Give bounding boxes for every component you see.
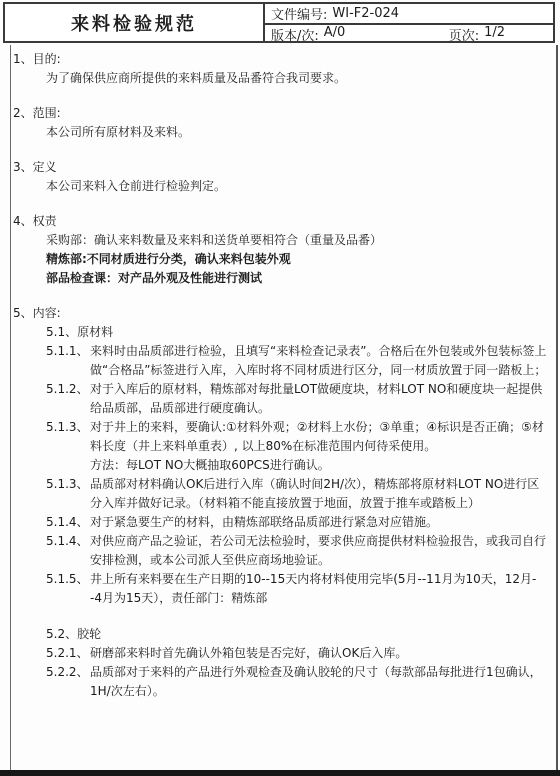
version-field: 版本/次: A/0 (271, 25, 345, 44)
list-item: 5.1.3、 品质部对材料确认OK后进行入库（确认时间2H/次），精炼部将原材料… (13, 475, 547, 513)
item-number: 5.1.5、 (46, 570, 90, 608)
header-meta: 文件编号: WI-F2-024 版本/次: A/0 页次: 1/2 (265, 4, 553, 41)
section-text: 本公司来料入仓前进行检验判定。 (13, 177, 547, 196)
list-item: 5.1.4、 对供应商产品之验证，若公司无法检验时，要求供应商提供材料检验报告，… (13, 532, 547, 570)
right-border-line (556, 45, 558, 770)
item-number: 5.1.2、 (46, 380, 90, 418)
section-content: 5、内容: 5.1、原材料 5.1.1、 来料时由品质部进行检验，且填写“来料检… (13, 304, 547, 701)
item-text: 品质部对材料确认OK后进行入库（确认时间2H/次），精炼部将原材料LOT NO进… (90, 475, 547, 513)
item-number: 5.2.2、 (46, 663, 90, 701)
page-title: 来料检验规范 (5, 4, 265, 41)
document-page: 来料检验规范 文件编号: WI-F2-024 版本/次: A/0 页次: 1/2… (0, 0, 560, 776)
item-text: 对于井上的来料，要确认:①材料外观；②材料上水份；③单重；④标识是否正确；⑤材料… (90, 418, 547, 456)
section-heading: 4、权责 (13, 212, 547, 231)
spacer (13, 608, 547, 625)
item-text: 来料时由品质部进行检验，且填写“来料检查记录表”。合格后在外包装或外包装标签上做… (90, 342, 547, 380)
section-text: 本公司所有原材料及来料。 (13, 123, 547, 142)
document-body: 1、目的: 为了确保供应商所提供的来料质量及品番符合我司要求。 2、范围: 本公… (13, 50, 547, 717)
item-number: 5.2.1、 (46, 644, 90, 663)
version-label: 版本/次: (271, 25, 319, 44)
left-border-line (10, 45, 11, 770)
section-heading: 1、目的: (13, 50, 547, 69)
list-item: 5.2.2、 品质部对于来料的产品进行外观检查及确认胶轮的尺寸（每款部品每批进行… (13, 663, 547, 701)
page-number-value: 1/2 (484, 25, 505, 44)
page-number-label: 页次: (449, 25, 479, 44)
section-responsibility: 4、权责 采购部：确认来料数量及来料和送货单要相符合（重量及品番） 精炼部:不同… (13, 212, 547, 288)
section-definition: 3、定义 本公司来料入仓前进行检验判定。 (13, 158, 547, 196)
list-item: 5.1.1、 来料时由品质部进行检验，且填写“来料检查记录表”。合格后在外包装或… (13, 342, 547, 380)
item-number: 5.1.3、 (46, 418, 90, 456)
item-note: 方法：每LOT NO大概抽取60PCS进行确认。 (13, 456, 547, 475)
section-heading: 3、定义 (13, 158, 547, 177)
item-text: 对于入库后的原材料，精炼部对每批量LOT做硬度块，材料LOT NO和硬度块一起提… (90, 380, 547, 418)
list-item: 5.1.2、 对于入库后的原材料，精炼部对每批量LOT做硬度块，材料LOT NO… (13, 380, 547, 418)
doc-number-row: 文件编号: WI-F2-024 (265, 4, 553, 25)
item-number: 5.1.4、 (46, 513, 90, 532)
bottom-border-bar (0, 770, 560, 776)
version-value: A/0 (324, 25, 346, 44)
item-text: 研磨部来料时首先确认外箱包装是否完好，确认OK后入库。 (90, 644, 547, 663)
subsection-materials-heading: 5.1、原材料 (13, 323, 547, 342)
section-heading: 5、内容: (13, 304, 547, 323)
doc-number-value: WI-F2-024 (332, 6, 399, 21)
list-item: 5.1.5、 井上所有来料要在生产日期的10--15天内将材料使用完毕(5月--… (13, 570, 547, 608)
version-page-row: 版本/次: A/0 页次: 1/2 (265, 25, 553, 44)
responsibility-item: 精炼部:不同材质进行分类，确认来料包装外观 (13, 250, 547, 269)
section-heading: 2、范围: (13, 104, 547, 123)
responsibility-item: 部品检查课：对产品外观及性能进行测试 (13, 269, 547, 288)
page-number-field: 页次: 1/2 (449, 25, 505, 44)
section-scope: 2、范围: 本公司所有原材料及来料。 (13, 104, 547, 142)
subsection-rubber-heading: 5.2、胶轮 (13, 625, 547, 644)
item-text: 对供应商产品之验证，若公司无法检验时，要求供应商提供材料检验报告，或我司自行安排… (90, 532, 547, 570)
header-table: 来料检验规范 文件编号: WI-F2-024 版本/次: A/0 页次: 1/2 (3, 2, 555, 43)
list-item: 5.1.4、 对于紧急要生产的材料，由精炼部联络品质部进行紧急对应错施。 (13, 513, 547, 532)
section-purpose: 1、目的: 为了确保供应商所提供的来料质量及品番符合我司要求。 (13, 50, 547, 88)
doc-number-label: 文件编号: (271, 4, 327, 23)
item-number: 5.1.3、 (46, 475, 90, 513)
item-text: 井上所有来料要在生产日期的10--15天内将材料使用完毕(5月--11月为10天… (90, 570, 547, 608)
item-number: 5.1.4、 (46, 532, 90, 570)
list-item: 5.1.3、 对于井上的来料，要确认:①材料外观；②材料上水份；③单重；④标识是… (13, 418, 547, 456)
section-text: 为了确保供应商所提供的来料质量及品番符合我司要求。 (13, 69, 547, 88)
list-item: 5.2.1、 研磨部来料时首先确认外箱包装是否完好，确认OK后入库。 (13, 644, 547, 663)
responsibility-item: 采购部：确认来料数量及来料和送货单要相符合（重量及品番） (13, 231, 547, 250)
item-text: 对于紧急要生产的材料，由精炼部联络品质部进行紧急对应错施。 (90, 513, 547, 532)
item-number: 5.1.1、 (46, 342, 90, 380)
item-text: 品质部对于来料的产品进行外观检查及确认胶轮的尺寸（每款部品每批进行1包确认，1H… (90, 663, 547, 701)
